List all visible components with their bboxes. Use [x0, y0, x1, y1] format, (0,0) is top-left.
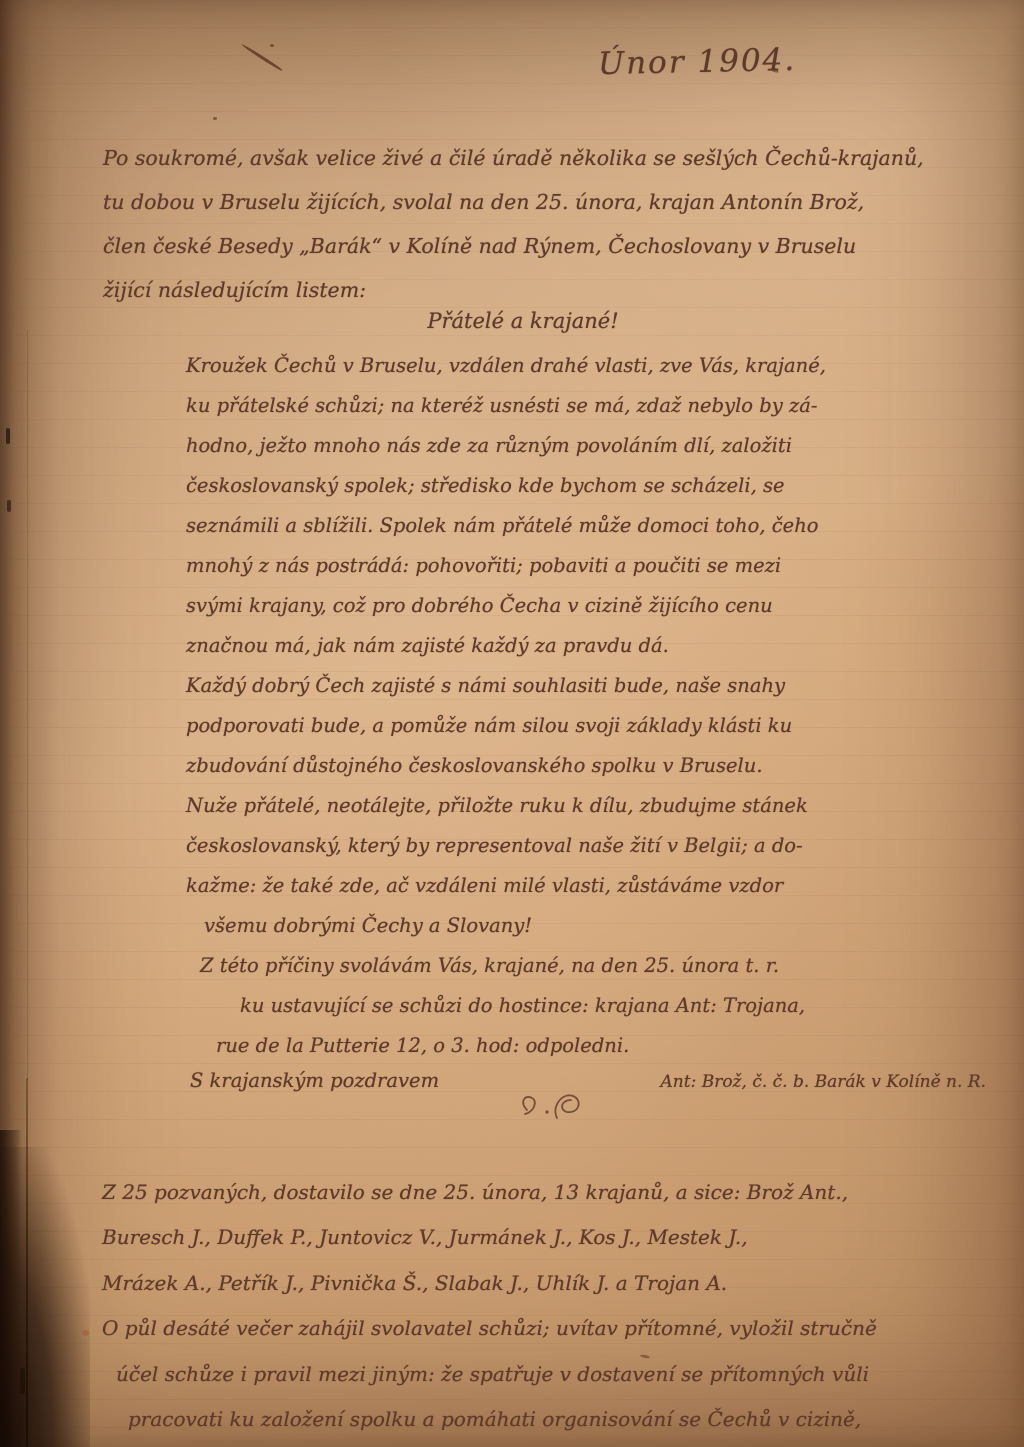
- binding-crease: [26, 1078, 28, 1447]
- manuscript-line: seznámili a sblížili. Spolek nám přátelé…: [186, 506, 972, 546]
- manuscript-line: účel schůze i pravil mezi jiným: že spat…: [102, 1352, 990, 1397]
- date-heading: Únor 1904.: [598, 42, 797, 82]
- book-binding: [0, 1130, 22, 1447]
- manuscript-line: značnou má, jak nám zajisté každý za pra…: [186, 626, 972, 666]
- manuscript-page: Únor 1904. Po soukromé, avšak velice živ…: [0, 0, 1024, 1447]
- manuscript-line: Z 25 pozvaných, dostavilo se dne 25. úno…: [102, 1170, 990, 1215]
- binding-stitch: [20, 1368, 25, 1394]
- manuscript-line: svými krajany, což pro dobrého Čecha v c…: [186, 586, 972, 626]
- paper-stain: [82, 1330, 89, 1336]
- manuscript-line: ku přátelské schůzi; na kteréž usnésti s…: [186, 386, 972, 426]
- manuscript-line: ku ustavující se schůzi do hostince: kra…: [186, 986, 972, 1026]
- letter-body: Kroužek Čechů v Bruselu, vzdálen drahé v…: [186, 346, 972, 1066]
- manuscript-line: kažme: že také zde, ač vzdáleni milé vla…: [186, 866, 972, 906]
- manuscript-line: Kroužek Čechů v Bruselu, vzdálen drahé v…: [186, 346, 972, 386]
- manuscript-line: Mrázek A., Petřík J., Pivnička Š., Slaba…: [102, 1261, 990, 1306]
- stray-ink-dot: [270, 44, 274, 47]
- binding-stitch: [6, 428, 10, 444]
- manuscript-line: Buresch J., Duffek P., Juntovicz V., Jur…: [102, 1215, 990, 1260]
- manuscript-line: českoslovanský spolek; středisko kde byc…: [186, 466, 972, 506]
- signature-name: Ant: Brož, č. č. b. Barák v Kolíně n. R.: [661, 1061, 986, 1103]
- manuscript-line: podporovati bude, a pomůže nám silou svo…: [186, 706, 972, 746]
- manuscript-line: člen české Besedy „Barák“ v Kolíně nad R…: [103, 224, 943, 268]
- manuscript-line: českoslovanský, který by representoval n…: [186, 826, 972, 866]
- intro-paragraph: Po soukromé, avšak velice živé a čilé úr…: [103, 136, 943, 312]
- salutation: Přátelé a krajané!: [103, 300, 943, 342]
- manuscript-line: tu dobou v Bruselu žijících, svolal na d…: [103, 180, 943, 224]
- paper-speck: [213, 117, 217, 120]
- manuscript-line: zbudování důstojného českoslovanského sp…: [186, 746, 972, 786]
- manuscript-line: pracovati ku založení spolku a pomáhati …: [102, 1397, 990, 1442]
- signature-closing: S krajanským pozdravem: [190, 1060, 439, 1102]
- manuscript-line: Z této příčiny svolávám Vás, krajané, na…: [186, 946, 972, 986]
- manuscript-line: Každý dobrý Čech zajisté s námi souhlasi…: [186, 666, 972, 706]
- manuscript-line: Nuže přátelé, neotálejte, přiložte ruku …: [186, 786, 972, 826]
- minutes-paragraph: Z 25 pozvaných, dostavilo se dne 25. úno…: [102, 1170, 990, 1442]
- stray-ink-mark: [241, 43, 283, 72]
- flourish-divider-icon: [505, 1088, 601, 1132]
- manuscript-line: hodno, ježto mnoho nás zde za různým pov…: [186, 426, 972, 466]
- manuscript-line: Po soukromé, avšak velice živé a čilé úr…: [103, 136, 943, 180]
- binding-stitch: [7, 500, 11, 512]
- binding-crease-faint: [27, 330, 28, 1080]
- manuscript-line: všemu dobrými Čechy a Slovany!: [186, 906, 972, 946]
- manuscript-line: mnohý z nás postrádá: pohovořiti; pobavi…: [186, 546, 972, 586]
- manuscript-line: O půl desáté večer zahájil svolavatel sc…: [102, 1306, 990, 1351]
